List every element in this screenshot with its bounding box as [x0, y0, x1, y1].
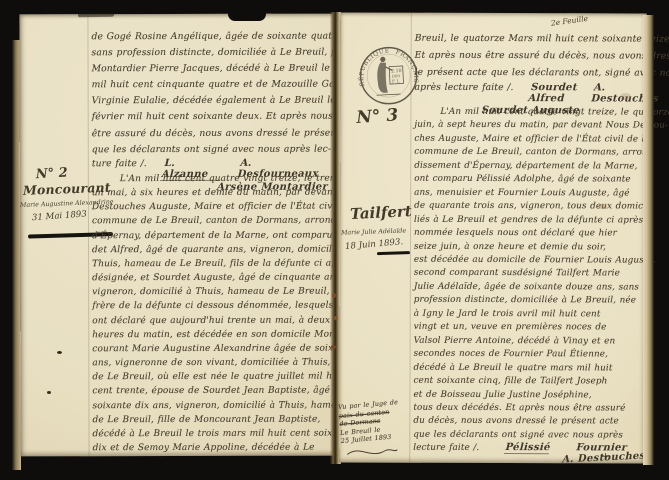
manuscript-line: est décédée au domicile de Fournier Loui…	[414, 254, 646, 268]
foxing-spot	[332, 293, 336, 298]
deceased-name-detail-right: Marie Julie Adélaïde	[341, 228, 406, 237]
manuscript-line: seize juin, à onze heure et demie du soi…	[414, 240, 646, 254]
manuscript-line: dissement d'Épernay, département de la M…	[414, 160, 646, 174]
manuscript-line: du décès, nous avons dressé le présent a…	[413, 415, 645, 429]
manuscript-line: courant Marie Augustine Alexandrine âgée…	[92, 341, 334, 356]
foxing-spot	[57, 351, 62, 354]
foxing-spot	[331, 345, 336, 349]
manuscript-line: d'Épernay, département de la Marne, ont …	[92, 228, 334, 243]
manuscript-line: et de Boisseau Julie Justine Joséphine,	[413, 388, 645, 402]
manuscript-line: L'An mil huit cent quatre vingt treize, …	[92, 172, 334, 187]
stamp-value-bot: F 1.	[392, 78, 400, 83]
foxing-spot	[334, 316, 338, 320]
manuscript-line: de Le Breuil, où elle est née le quatre …	[92, 370, 334, 385]
manuscript-line: det Alfred, âgé de quarante ans, vignero…	[92, 242, 334, 257]
manuscript-line: Et après nous être assuré du décès, nous…	[415, 48, 647, 66]
signature-sourdet-alfred: Sourdet Alfred	[527, 82, 579, 104]
sheet-number-note: 2e Feuille	[550, 14, 588, 28]
manuscript-line: Montardier Pierre Jacques, décédé à Le B…	[92, 61, 334, 78]
closing-text: après lecture faite /.	[415, 82, 514, 93]
right-page: 2e Feuille RÉPUBLIQUE FRANÇAISE 2.10 DIM…	[339, 12, 647, 463]
corner-smudge	[78, 13, 114, 18]
manuscript-line: heures du matin, est décédée en son domi…	[92, 327, 334, 342]
manuscript-line: le présent acte que les déclarants ont, …	[415, 64, 647, 82]
manuscript-line: commune de Le Breuil, canton de Dormans,…	[414, 146, 646, 160]
manuscript-line: désignée, et Sourdet Auguste, âgé de cin…	[92, 271, 334, 286]
act-1-continuation: de Gogé Rosine Angélique, âgée de soixan…	[91, 29, 333, 158]
scanned-register-spread: de Gogé Rosine Angélique, âgée de soixan…	[0, 0, 669, 480]
left-page: de Gogé Rosine Angélique, âgée de soixan…	[19, 14, 334, 457]
revenue-stamp-icon: RÉPUBLIQUE FRANÇAISE 2.10 DIM F 1.	[355, 41, 422, 108]
manuscript-line: dix et de Semoy Marie Appoline, décédée …	[93, 441, 335, 456]
manuscript-line: juin, à sept heures du matin, par devant…	[414, 119, 646, 133]
verification-signature-flourish-icon	[345, 444, 399, 460]
margin-underline-mark-right	[377, 251, 410, 255]
manuscript-line: Destouches Auguste, Maire et officier de…	[92, 200, 334, 215]
manuscript-line: de Gogé Rosine Angélique, âgée de soixan…	[91, 29, 333, 46]
page-edge-stack	[643, 15, 654, 465]
manuscript-line: que les déclarants ont signé avec nous a…	[413, 429, 645, 443]
deceased-name-tailfert: Tailfert	[350, 202, 412, 223]
act-2-ending: Breuil, le quatorze Mars mil huit cent s…	[415, 31, 647, 82]
svg-text:RÉPUBLIQUE FRANÇAISE: RÉPUBLIQUE FRANÇAISE	[355, 41, 420, 90]
manuscript-line: ont comparu Pélissié Adolphe, âgé de soi…	[414, 173, 646, 187]
manuscript-line: commune de Le Breuil, canton de Dormans,…	[92, 214, 334, 229]
manuscript-line: Valsol Pierre Antoine, décédé à Vinay et…	[414, 334, 646, 348]
manuscript-line: secondes noces de Fournier Paul Étienne,	[414, 348, 646, 362]
manuscript-line: que les déclarants ont signé avec nous a…	[92, 141, 334, 158]
manuscript-line: de Le Breuil, fille de Moncourant Jean B…	[92, 412, 334, 427]
manuscript-line: cent soixante cinq, fille de Tailfert Jo…	[413, 375, 645, 389]
manuscript-line: mil huit cent cinquante quatre et de Maz…	[92, 77, 334, 94]
manuscript-line: soixante dix ans, vigneron, domicilié à …	[92, 398, 334, 413]
signature-pelissie: Pélissié	[504, 442, 552, 454]
act-date-right: 18 Juin 1893.	[345, 237, 404, 252]
manuscript-line: décédé à Le Breuil le trois mars mil hui…	[93, 426, 335, 441]
act-3-body: L'An mil huit cent quatre vingt treize, …	[413, 106, 646, 443]
manuscript-line: ches Auguste, Maire et officier de l'Éta…	[414, 133, 646, 147]
cross-mark: +	[601, 451, 609, 462]
manuscript-line: vigneron, domicilié à Thuis, hameau de L…	[92, 285, 334, 300]
manuscript-line: Julie Adélaïde, âgée de soixante douze a…	[414, 281, 646, 295]
manuscript-line: tous deux décédés. Et après nous être as…	[413, 402, 645, 416]
manuscript-line: ans, vigneronne de son vivant, domicilié…	[92, 356, 334, 371]
manuscript-line: de quarante trois ans, vigneron, tous de…	[414, 200, 646, 214]
foxing-spot	[47, 391, 51, 394]
manuscript-line: à Igny le Jard le trois avril mil huit c…	[414, 308, 646, 322]
act-number-2: N° 2	[35, 165, 68, 182]
act-number-3: N° 3	[356, 105, 399, 128]
manuscript-line: ans, menuisier et Fournier Louis Auguste…	[414, 186, 646, 200]
manuscript-line: L'An mil huit cent quatre vingt treize, …	[414, 106, 646, 120]
manuscript-line: ont déclaré que aujourd'hui trente un ma…	[92, 313, 334, 328]
manuscript-line: frère de la défunte ci dessous dénommée,…	[92, 299, 334, 314]
manuscript-line: liés à Le Breuil et gendres de la défunt…	[414, 213, 646, 227]
manuscript-line: profession distincte, domiciliée à Le Br…	[414, 294, 646, 308]
manuscript-line: un mai, à six heures et demie du matin, …	[92, 186, 334, 201]
manuscript-line: être assuré du décès, nous avons dressé …	[92, 125, 334, 142]
stamp-tablet: 2.10 DIM F 1.	[389, 66, 403, 84]
manuscript-line: février mil huit cent soixante deux. Et …	[92, 109, 334, 126]
top-gap-notch	[228, 12, 266, 21]
manuscript-line: décédé à Le Breuil le quatre mars mil hu…	[414, 361, 646, 375]
manuscript-line: Breuil, le quatorze Mars mil huit cent s…	[415, 31, 647, 49]
act-date-left: 31 Mai 1893	[32, 209, 88, 223]
manuscript-line: second comparant susdésigné Tailfert Mar…	[414, 267, 646, 281]
act-2-closing-row: après lecture faite /. Sourdet Alfred A.…	[414, 82, 646, 105]
foxing-spot	[620, 93, 631, 100]
verification-note: Vu par le Juge depaix du cantonde Dorman…	[338, 396, 423, 446]
manuscript-line: nommée lesquels nous ont déclaré que hie…	[414, 227, 646, 241]
closing-text: lecture faite /.	[413, 443, 479, 453]
foxing-spot	[598, 204, 607, 209]
manuscript-line: Virginie Eulalie, décédée également à Le…	[92, 93, 334, 110]
act-2-body: L'An mil huit cent quatre vingt treize, …	[92, 172, 335, 456]
act-3-closing: lecture faite /. Pélissié Fournier A. De…	[413, 442, 645, 468]
closing-text: ture faite /.	[92, 158, 147, 169]
manuscript-line: sans profession distincte, domiciliée à …	[92, 45, 334, 62]
manuscript-line: cent trente, épouse de Sourdet Jean Bapt…	[92, 384, 334, 399]
manuscript-line: vingt et un, veuve en premières noces de	[414, 321, 646, 335]
manuscript-line: Thuis, hameau de Le Breuil, fils de la d…	[92, 257, 334, 272]
